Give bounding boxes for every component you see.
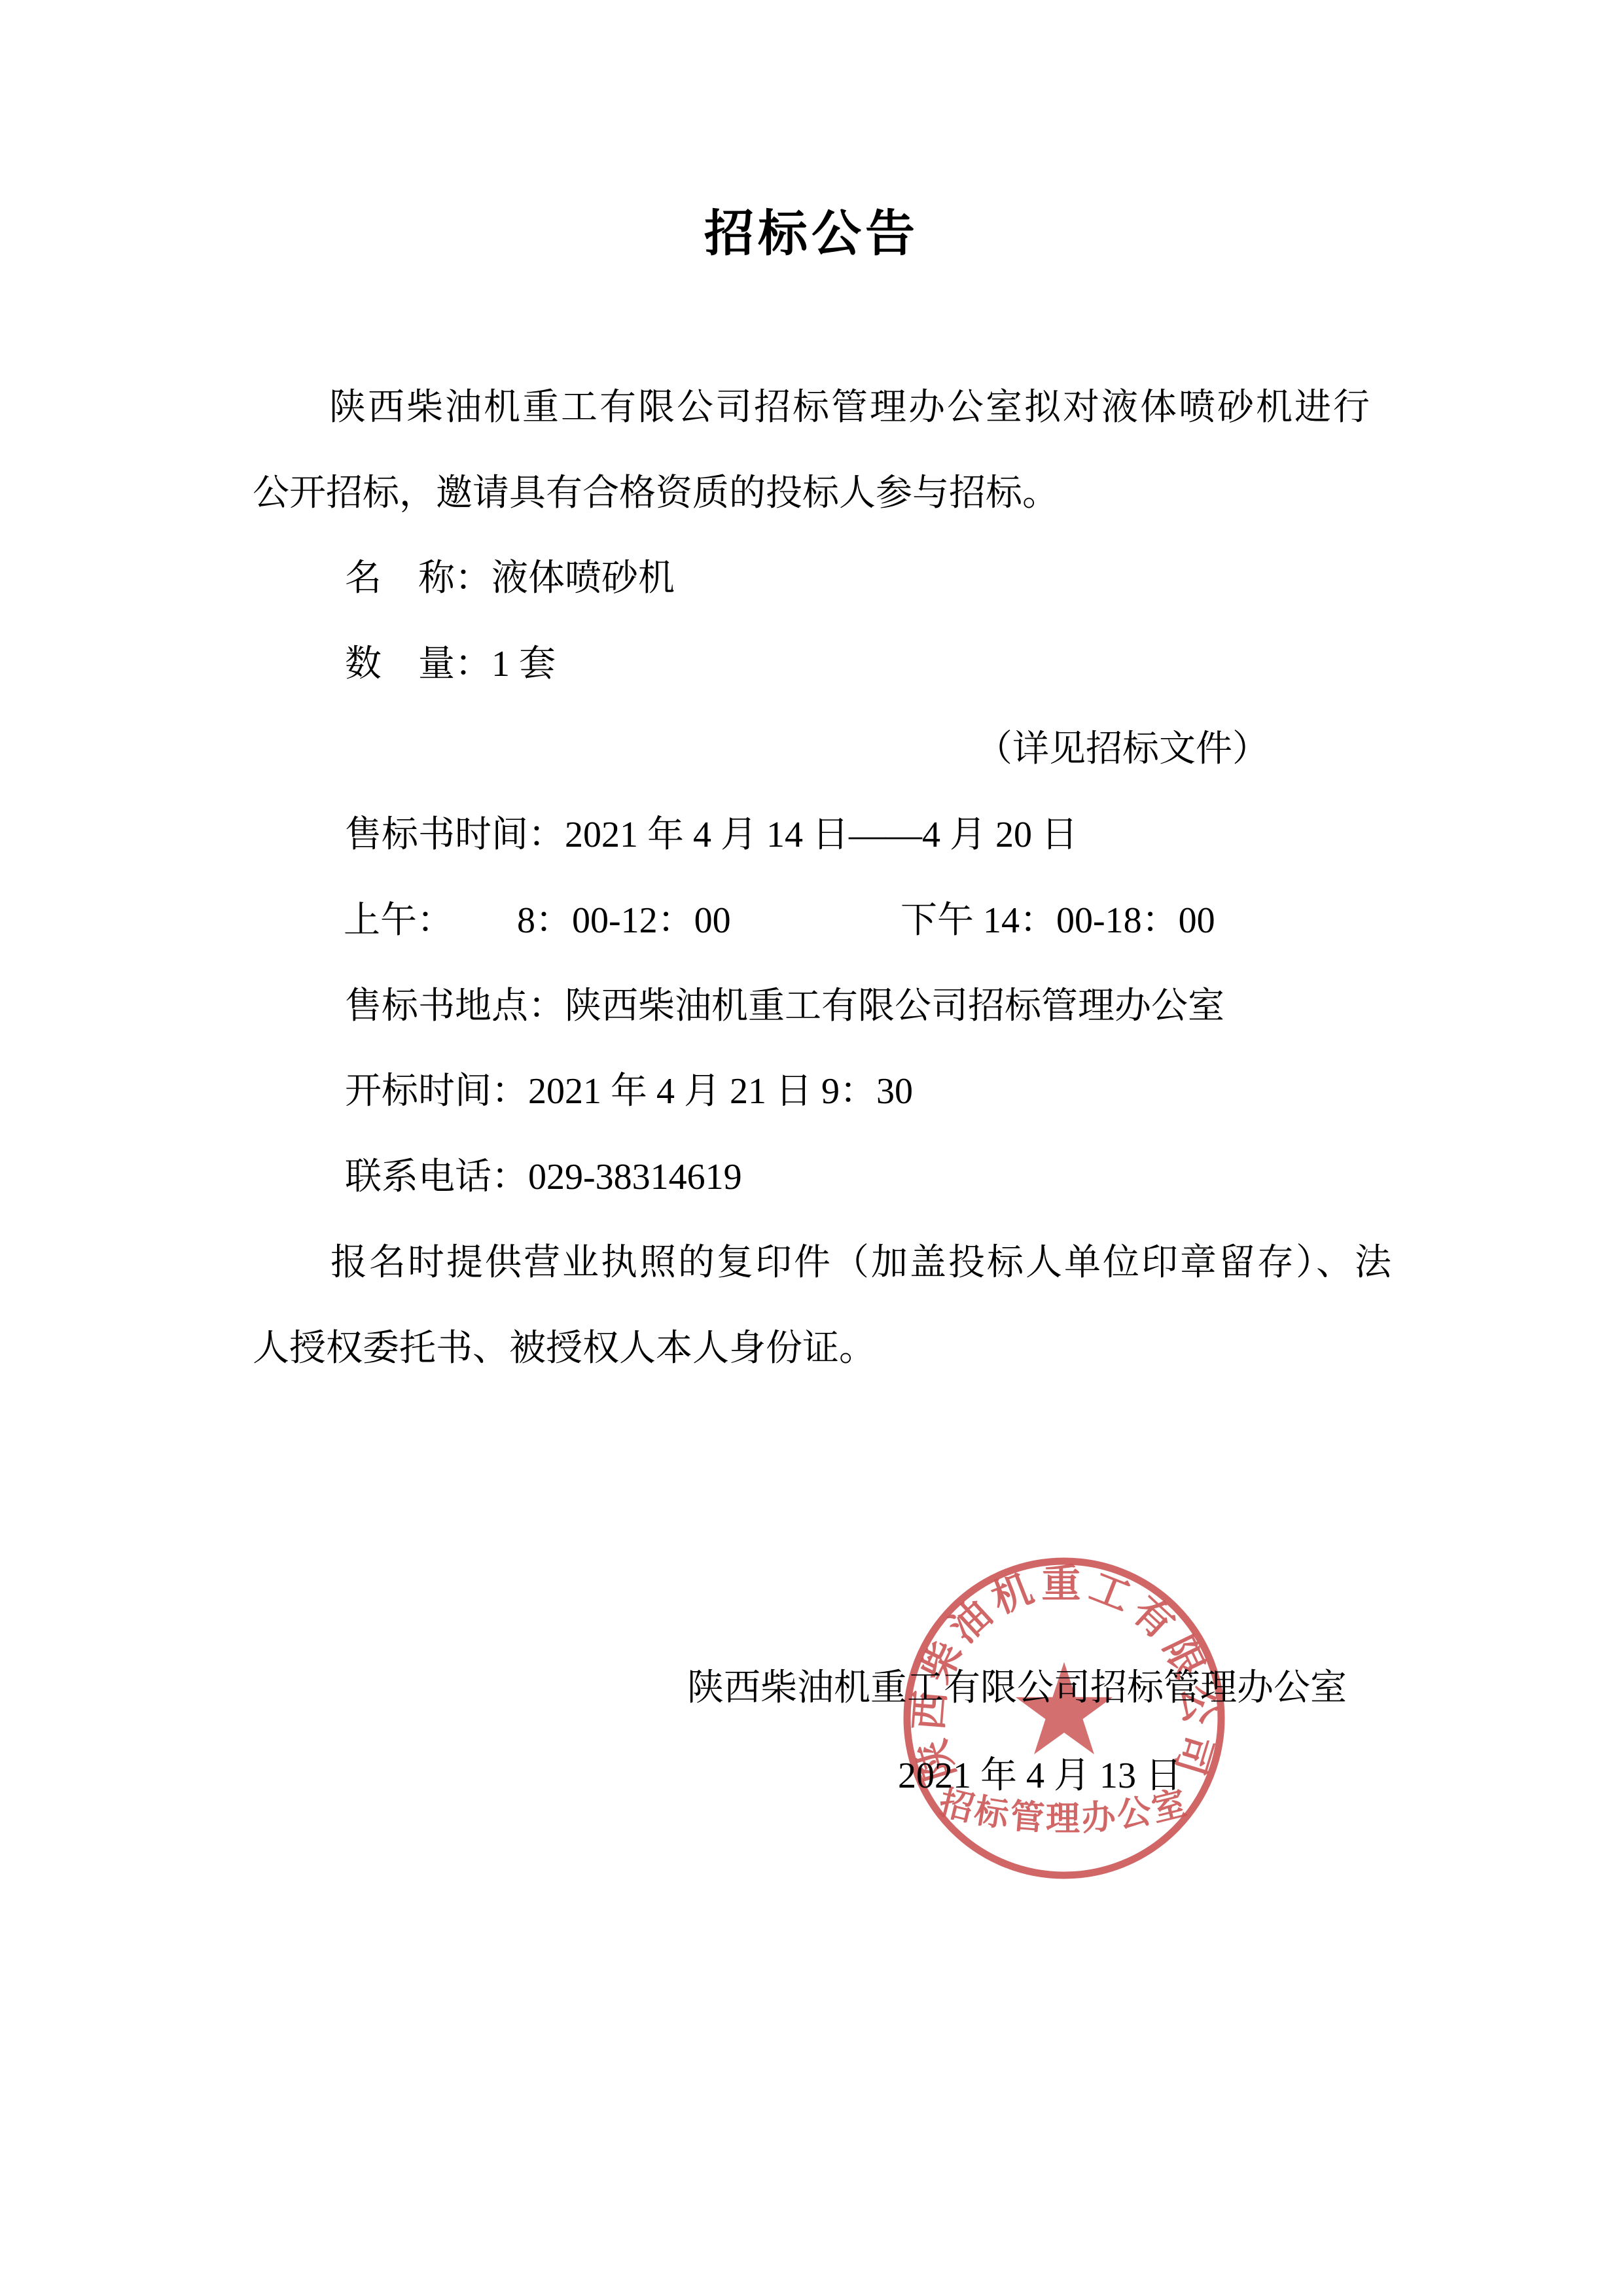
afternoon-hours: 下午 14：00-18：00: [901, 901, 1215, 942]
morning-label: 上午：: [344, 901, 454, 942]
bid-sale-place-line: 售标书地点：陕西柴油机重工有限公司招标管理办公室: [345, 987, 1224, 1027]
morning-hours: 8：00-12：00: [517, 901, 731, 942]
contact-phone-line: 联系电话：029-38314619: [345, 1157, 742, 1198]
bid-opening-time-line: 开标时间：2021 年 4 月 21 日 9：30: [345, 1072, 913, 1112]
registration-note-line1: 报名时提供营业执照的复印件（加盖投标人单位印章留存）、法: [330, 1243, 1393, 1284]
document-page: 招标公告 陕西柴油机重工有限公司招标管理办公室拟对液体喷砂机进行 公开招标，邀请…: [0, 0, 1623, 2296]
item-name-line: 名 称：液体喷砂机: [345, 559, 675, 599]
svg-text:招标管理办公室: 招标管理办公室: [935, 1784, 1192, 1838]
official-seal: 陕西柴油机重工有限公司 招标管理办公室: [894, 1548, 1234, 1888]
paragraph1-line2: 公开招标，邀请具有合格资质的投标人参与招标。: [253, 474, 1059, 514]
seal-star-icon: [1016, 1662, 1113, 1754]
bid-sale-time-line: 售标书时间：2021 年 4 月 14 日——4 月 20 日: [345, 815, 1078, 856]
item-quantity-line: 数 量：1 套: [345, 645, 556, 685]
seal-bottom-text: 招标管理办公室: [935, 1784, 1192, 1838]
paragraph1-line1: 陕西柴油机重工有限公司招标管理办公室拟对液体喷砂机进行: [329, 388, 1372, 429]
see-tender-docs-note: （详见招标文件）: [976, 730, 1269, 770]
registration-note-line2: 人授权委托书、被授权人本人身份证。: [253, 1329, 876, 1369]
document-title: 招标公告: [0, 207, 1623, 262]
